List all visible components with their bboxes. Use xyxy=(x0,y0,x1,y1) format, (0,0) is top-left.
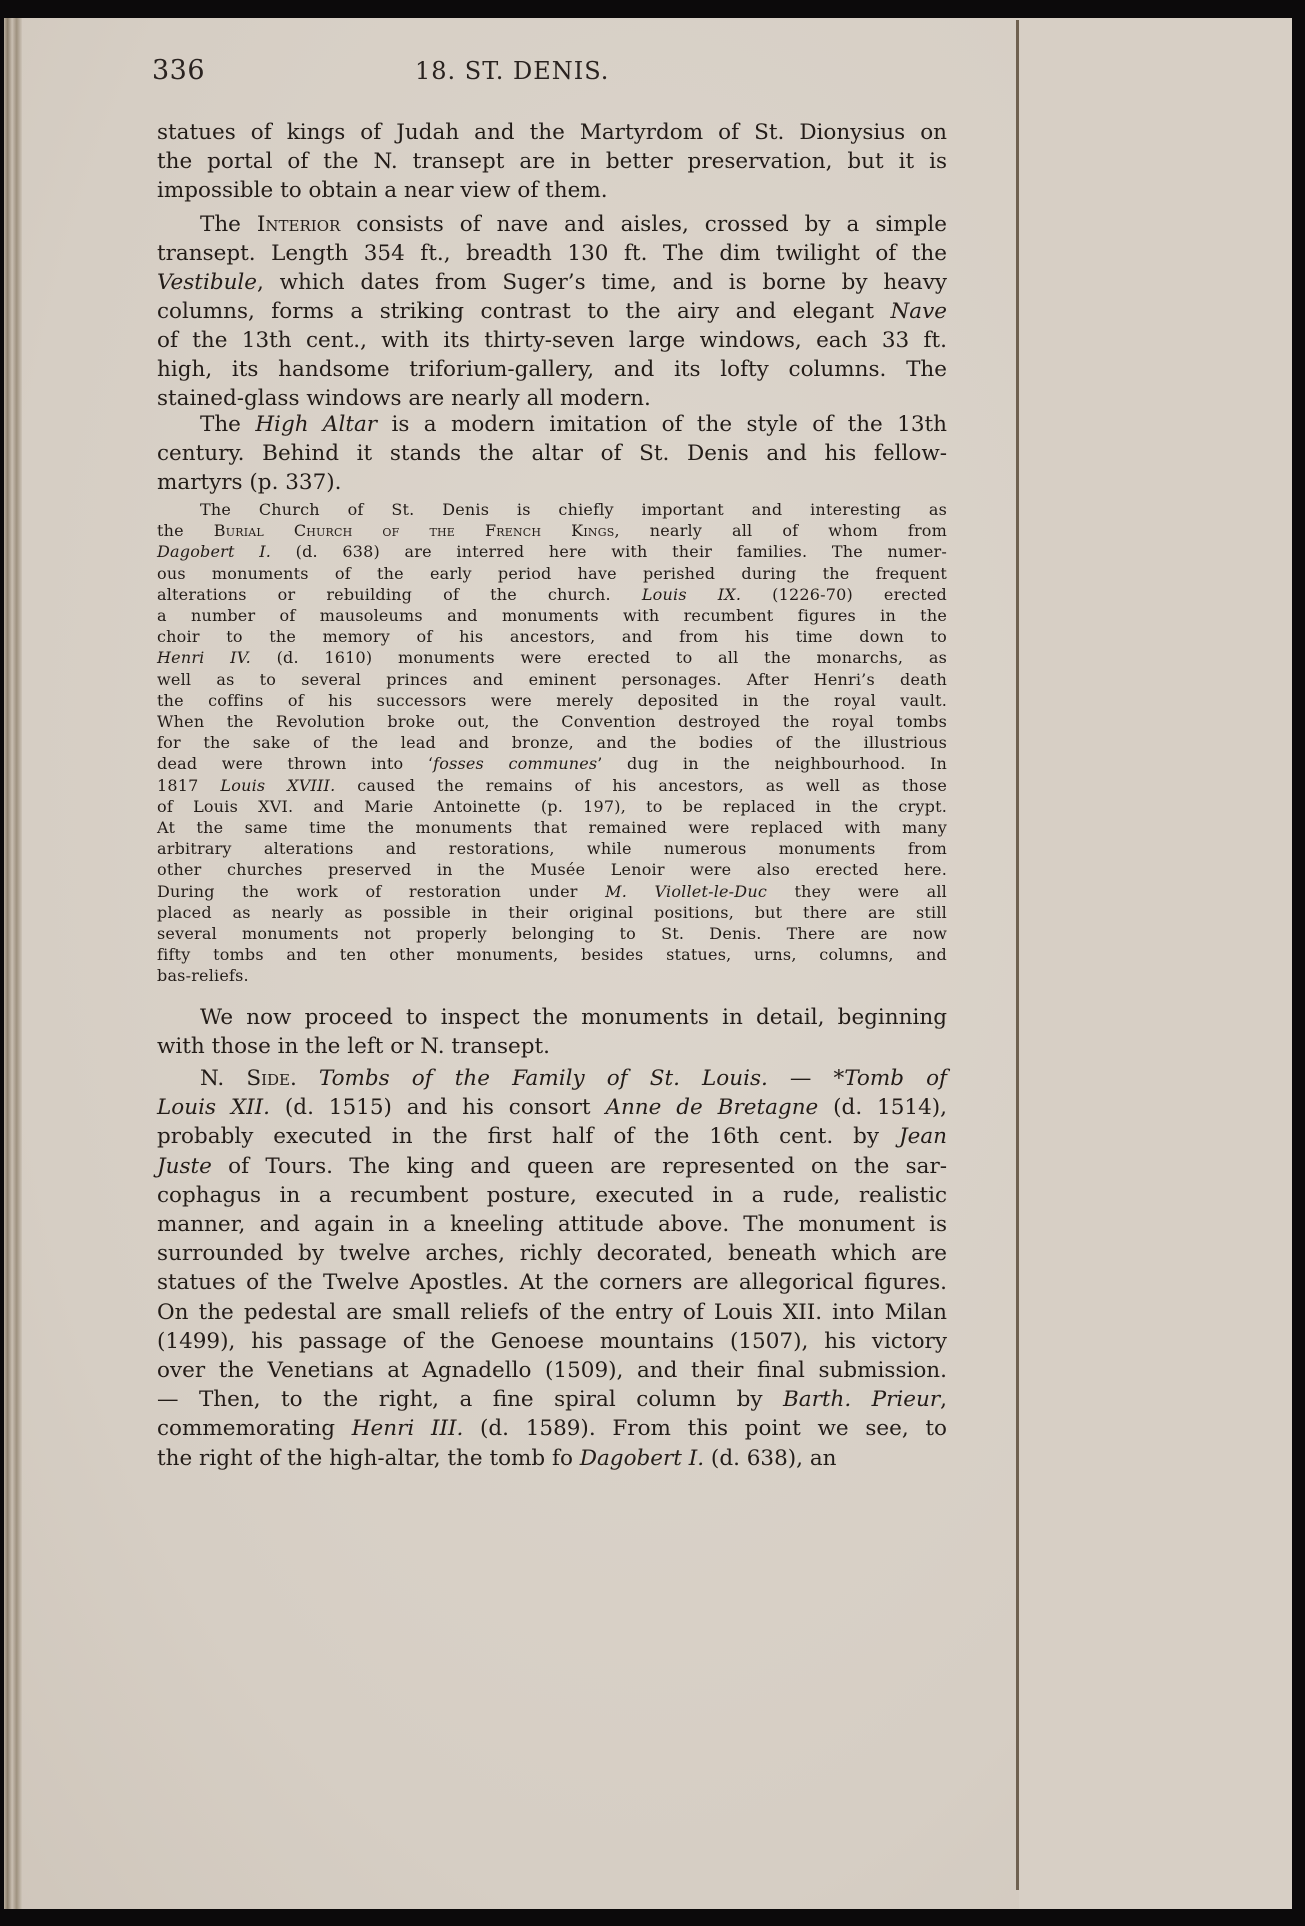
text-line: At the same time the monuments that rema… xyxy=(157,818,947,839)
text-line: martyrs (p. 337). xyxy=(157,470,947,499)
text-line: surrounded by twelve arches, richly deco… xyxy=(157,1241,947,1270)
italic-text: Nave xyxy=(890,299,947,324)
text-segment: — Then, to the right, a fine spiral colu… xyxy=(157,1387,783,1412)
text-segment: caused the remains of his ancestors, as … xyxy=(335,776,947,795)
text-line: dead were thrown into ‘fosses communes’ … xyxy=(157,754,947,775)
text-line: impossible to obtain a near view of them… xyxy=(157,178,947,207)
text-segment: the right of the high-altar, the tomb fo xyxy=(157,1446,580,1471)
italic-text: Barth. Prieur xyxy=(783,1387,940,1412)
italic-text: Louis XVIII. xyxy=(220,776,335,795)
text-line: — Then, to the right, a fine spiral colu… xyxy=(157,1387,947,1416)
facing-page-edge xyxy=(1019,18,1292,1909)
page-number: 336 xyxy=(152,55,205,86)
text-line: the Burial Church of the French Kings, n… xyxy=(157,521,947,542)
text-segment: At the same time the monuments that rema… xyxy=(157,818,947,837)
text-line: of Louis XVI. and Marie Antoinette (p. 1… xyxy=(157,797,947,818)
text-segment: ’ dug in the neighbourhood. In xyxy=(597,754,947,773)
text-segment: (d. 1610) monuments were erected to all … xyxy=(251,648,947,667)
text-line: statues of the Twelve Apostles. At the c… xyxy=(157,1270,947,1299)
text-line: probably executed in the first half of t… xyxy=(157,1124,947,1153)
italic-text: Tomb of xyxy=(844,1066,947,1091)
text-segment: of the 13th cent., with its thirty-seven… xyxy=(157,328,947,353)
text-line: columns, forms a striking contrast to th… xyxy=(157,299,947,328)
text-segment: 1817 xyxy=(157,776,220,795)
text-line: placed as nearly as possible in their or… xyxy=(157,903,947,924)
text-segment: N. xyxy=(200,1066,246,1091)
text-line: of the 13th cent., with its thirty-seven… xyxy=(157,328,947,357)
text-segment: When the Revolution broke out, the Conve… xyxy=(157,712,947,731)
text-segment: The xyxy=(200,212,257,237)
text-line: for the sake of the lead and bronze, and… xyxy=(157,733,947,754)
text-segment: manner, and again in a kneeling attitude… xyxy=(157,1212,947,1237)
text-line: choir to the memory of his ancestors, an… xyxy=(157,627,947,648)
text-line: the right of the high-altar, the tomb fo… xyxy=(157,1446,947,1475)
italic-text: Jean xyxy=(899,1124,947,1149)
text-segment: ous monuments of the early period have p… xyxy=(157,564,947,583)
text-segment: transept. Length 354 ft., breadth 130 ft… xyxy=(157,241,947,266)
text-line: statues of kings of Judah and the Martyr… xyxy=(157,120,947,149)
text-segment: arbitrary alterations and restorations, … xyxy=(157,839,947,858)
text-segment: , which dates from Suger’s time, and is … xyxy=(257,270,947,295)
text-line: (1499), his passage of the Genoese mount… xyxy=(157,1329,947,1358)
text-segment: (d. 638) are interred here with their fa… xyxy=(271,542,947,561)
text-segment: statues of the Twelve Apostles. At the c… xyxy=(157,1270,947,1295)
text-line: a number of mausoleums and monuments wit… xyxy=(157,606,947,627)
italic-text: fosses communes xyxy=(433,754,597,773)
text-segment: stained-glass windows are nearly all mod… xyxy=(157,386,651,411)
text-segment: , nearly all of whom from xyxy=(614,521,947,540)
text-segment: columns, forms a striking contrast to th… xyxy=(157,299,890,324)
text-line: N. Side. Tombs of the Family of St. Loui… xyxy=(157,1066,947,1095)
text-segment: (d. 1514), xyxy=(818,1095,947,1120)
text-line: The Church of St. Denis is chiefly impor… xyxy=(157,500,947,521)
text-segment: (d. 638), an xyxy=(704,1446,836,1471)
running-title: 18. ST. DENIS. xyxy=(415,57,609,85)
text-segment: the portal of the N. transept are in bet… xyxy=(157,149,947,174)
text-line: The Interior consists of nave and aisles… xyxy=(157,212,947,241)
text-segment: the coffins of his successors were merel… xyxy=(157,691,947,710)
text-segment: high, its handsome triforium-gallery, an… xyxy=(157,357,947,382)
text-line: the coffins of his successors were merel… xyxy=(157,691,947,712)
text-segment: choir to the memory of his ancestors, an… xyxy=(157,627,947,646)
italic-text: M. Viollet-le-Duc xyxy=(605,882,767,901)
text-segment: with those in the left or N. transept. xyxy=(157,1034,550,1059)
text-segment: century. Behind it stands the altar of S… xyxy=(157,441,947,466)
text-segment: During the work of restoration under xyxy=(157,882,605,901)
text-line: We now proceed to inspect the monuments … xyxy=(157,1005,947,1034)
text-line: Juste of Tours. The king and queen are r… xyxy=(157,1154,947,1183)
text-line: 1817 Louis XVIII. caused the remains of … xyxy=(157,776,947,797)
text-segment: — * xyxy=(768,1066,844,1091)
text-segment: a number of mausoleums and monuments wit… xyxy=(157,606,947,625)
text-line: Vestibule, which dates from Suger’s time… xyxy=(157,270,947,299)
text-segment: , xyxy=(940,1387,947,1412)
text-line: During the work of restoration under M. … xyxy=(157,882,947,903)
text-line: century. Behind it stands the altar of S… xyxy=(157,441,947,470)
text-segment: surrounded by twelve arches, richly deco… xyxy=(157,1241,947,1266)
text-line: cophagus in a recumbent posture, execute… xyxy=(157,1183,947,1212)
text-line: fifty tombs and ten other monuments, bes… xyxy=(157,945,947,966)
page-header: 336 18. ST. DENIS. xyxy=(152,55,952,95)
text-segment: of Tours. The king and queen are represe… xyxy=(212,1154,947,1179)
text-segment: for the sake of the lead and bronze, and… xyxy=(157,733,947,752)
text-segment: (d. 1589). From this point we see, to xyxy=(463,1416,947,1441)
text-segment: (1226-70) erected xyxy=(741,585,947,604)
text-line: with those in the left or N. transept. xyxy=(157,1034,947,1063)
text-line: commemorating Henri III. (d. 1589). From… xyxy=(157,1416,947,1445)
italic-text: Henri III. xyxy=(352,1416,464,1441)
text-segment: several monuments not properly belonging… xyxy=(157,924,947,943)
italic-text: Dagobert I. xyxy=(580,1446,704,1471)
text-segment: bas-reliefs. xyxy=(157,966,249,985)
text-segment: martyrs (p. 337). xyxy=(157,470,342,495)
page-gutter-line xyxy=(1016,20,1019,1890)
small-caps-text: Interior xyxy=(257,212,340,237)
text-segment: impossible to obtain a near view of them… xyxy=(157,178,608,203)
text-line: Dagobert I. (d. 638) are interred here w… xyxy=(157,542,947,563)
text-segment: over the Venetians at Agnadello (1509), … xyxy=(157,1358,947,1383)
italic-text: High Altar xyxy=(255,412,377,437)
text-line: The High Altar is a modern imitation of … xyxy=(157,412,947,441)
text-segment: On the pedestal are small reliefs of the… xyxy=(157,1300,947,1325)
page-stack-edge xyxy=(4,18,22,1909)
text-segment: . xyxy=(290,1066,319,1091)
text-segment: We now proceed to inspect the monuments … xyxy=(200,1005,947,1030)
text-line: Louis XII. (d. 1515) and his consort Ann… xyxy=(157,1095,947,1124)
text-line: When the Revolution broke out, the Conve… xyxy=(157,712,947,733)
italic-text: Louis XII. xyxy=(157,1095,270,1120)
text-segment: of Louis XVI. and Marie Antoinette (p. 1… xyxy=(157,797,947,816)
text-line: On the pedestal are small reliefs of the… xyxy=(157,1300,947,1329)
small-caps-text: Side xyxy=(246,1066,290,1091)
text-segment: probably executed in the first half of t… xyxy=(157,1124,899,1149)
text-segment: (d. 1515) and his consort xyxy=(270,1095,605,1120)
text-segment: dead were thrown into ‘ xyxy=(157,754,433,773)
text-line: stained-glass windows are nearly all mod… xyxy=(157,386,947,415)
italic-text: Juste xyxy=(157,1154,212,1179)
text-line: arbitrary alterations and restorations, … xyxy=(157,839,947,860)
text-line: over the Venetians at Agnadello (1509), … xyxy=(157,1358,947,1387)
text-segment: commemorating xyxy=(157,1416,352,1441)
italic-text: Anne de Bretagne xyxy=(605,1095,818,1120)
text-line: Henri IV. (d. 1610) monuments were erect… xyxy=(157,648,947,669)
text-line: alterations or rebuilding of the church.… xyxy=(157,585,947,606)
text-line: ous monuments of the early period have p… xyxy=(157,564,947,585)
text-line: manner, and again in a kneeling attitude… xyxy=(157,1212,947,1241)
small-caps-text: Burial Church of the French Kings xyxy=(214,521,615,540)
italic-text: Tombs of the Family of St. Louis. xyxy=(319,1066,768,1091)
text-segment: The Church of St. Denis is chiefly impor… xyxy=(200,500,947,519)
text-line: the portal of the N. transept are in bet… xyxy=(157,149,947,178)
text-segment: is a modern imitation of the style of th… xyxy=(377,412,947,437)
text-segment: well as to several princes and eminent p… xyxy=(157,670,947,689)
text-line: high, its handsome triforium-gallery, an… xyxy=(157,357,947,386)
text-segment: statues of kings of Judah and the Martyr… xyxy=(157,120,947,145)
italic-text: Louis IX. xyxy=(642,585,741,604)
italic-text: Henri IV. xyxy=(157,648,251,667)
text-line: bas-reliefs. xyxy=(157,966,947,987)
text-segment: alterations or rebuilding of the church. xyxy=(157,585,642,604)
italic-text: Vestibule xyxy=(157,270,257,295)
text-segment: consists of nave and aisles, crossed by … xyxy=(340,212,947,237)
text-line: other churches preserved in the Musée Le… xyxy=(157,860,947,881)
text-segment: other churches preserved in the Musée Le… xyxy=(157,860,947,879)
text-line: transept. Length 354 ft., breadth 130 ft… xyxy=(157,241,947,270)
text-segment: cophagus in a recumbent posture, execute… xyxy=(157,1183,947,1208)
italic-text: Dagobert I. xyxy=(157,542,271,561)
text-segment: the xyxy=(157,521,214,540)
text-segment: they were all xyxy=(767,882,947,901)
text-segment: fifty tombs and ten other monuments, bes… xyxy=(157,945,947,964)
text-segment: The xyxy=(200,412,255,437)
text-line: well as to several princes and eminent p… xyxy=(157,670,947,691)
text-line: several monuments not properly belonging… xyxy=(157,924,947,945)
text-segment: (1499), his passage of the Genoese mount… xyxy=(157,1329,947,1354)
text-segment: placed as nearly as possible in their or… xyxy=(157,903,947,922)
